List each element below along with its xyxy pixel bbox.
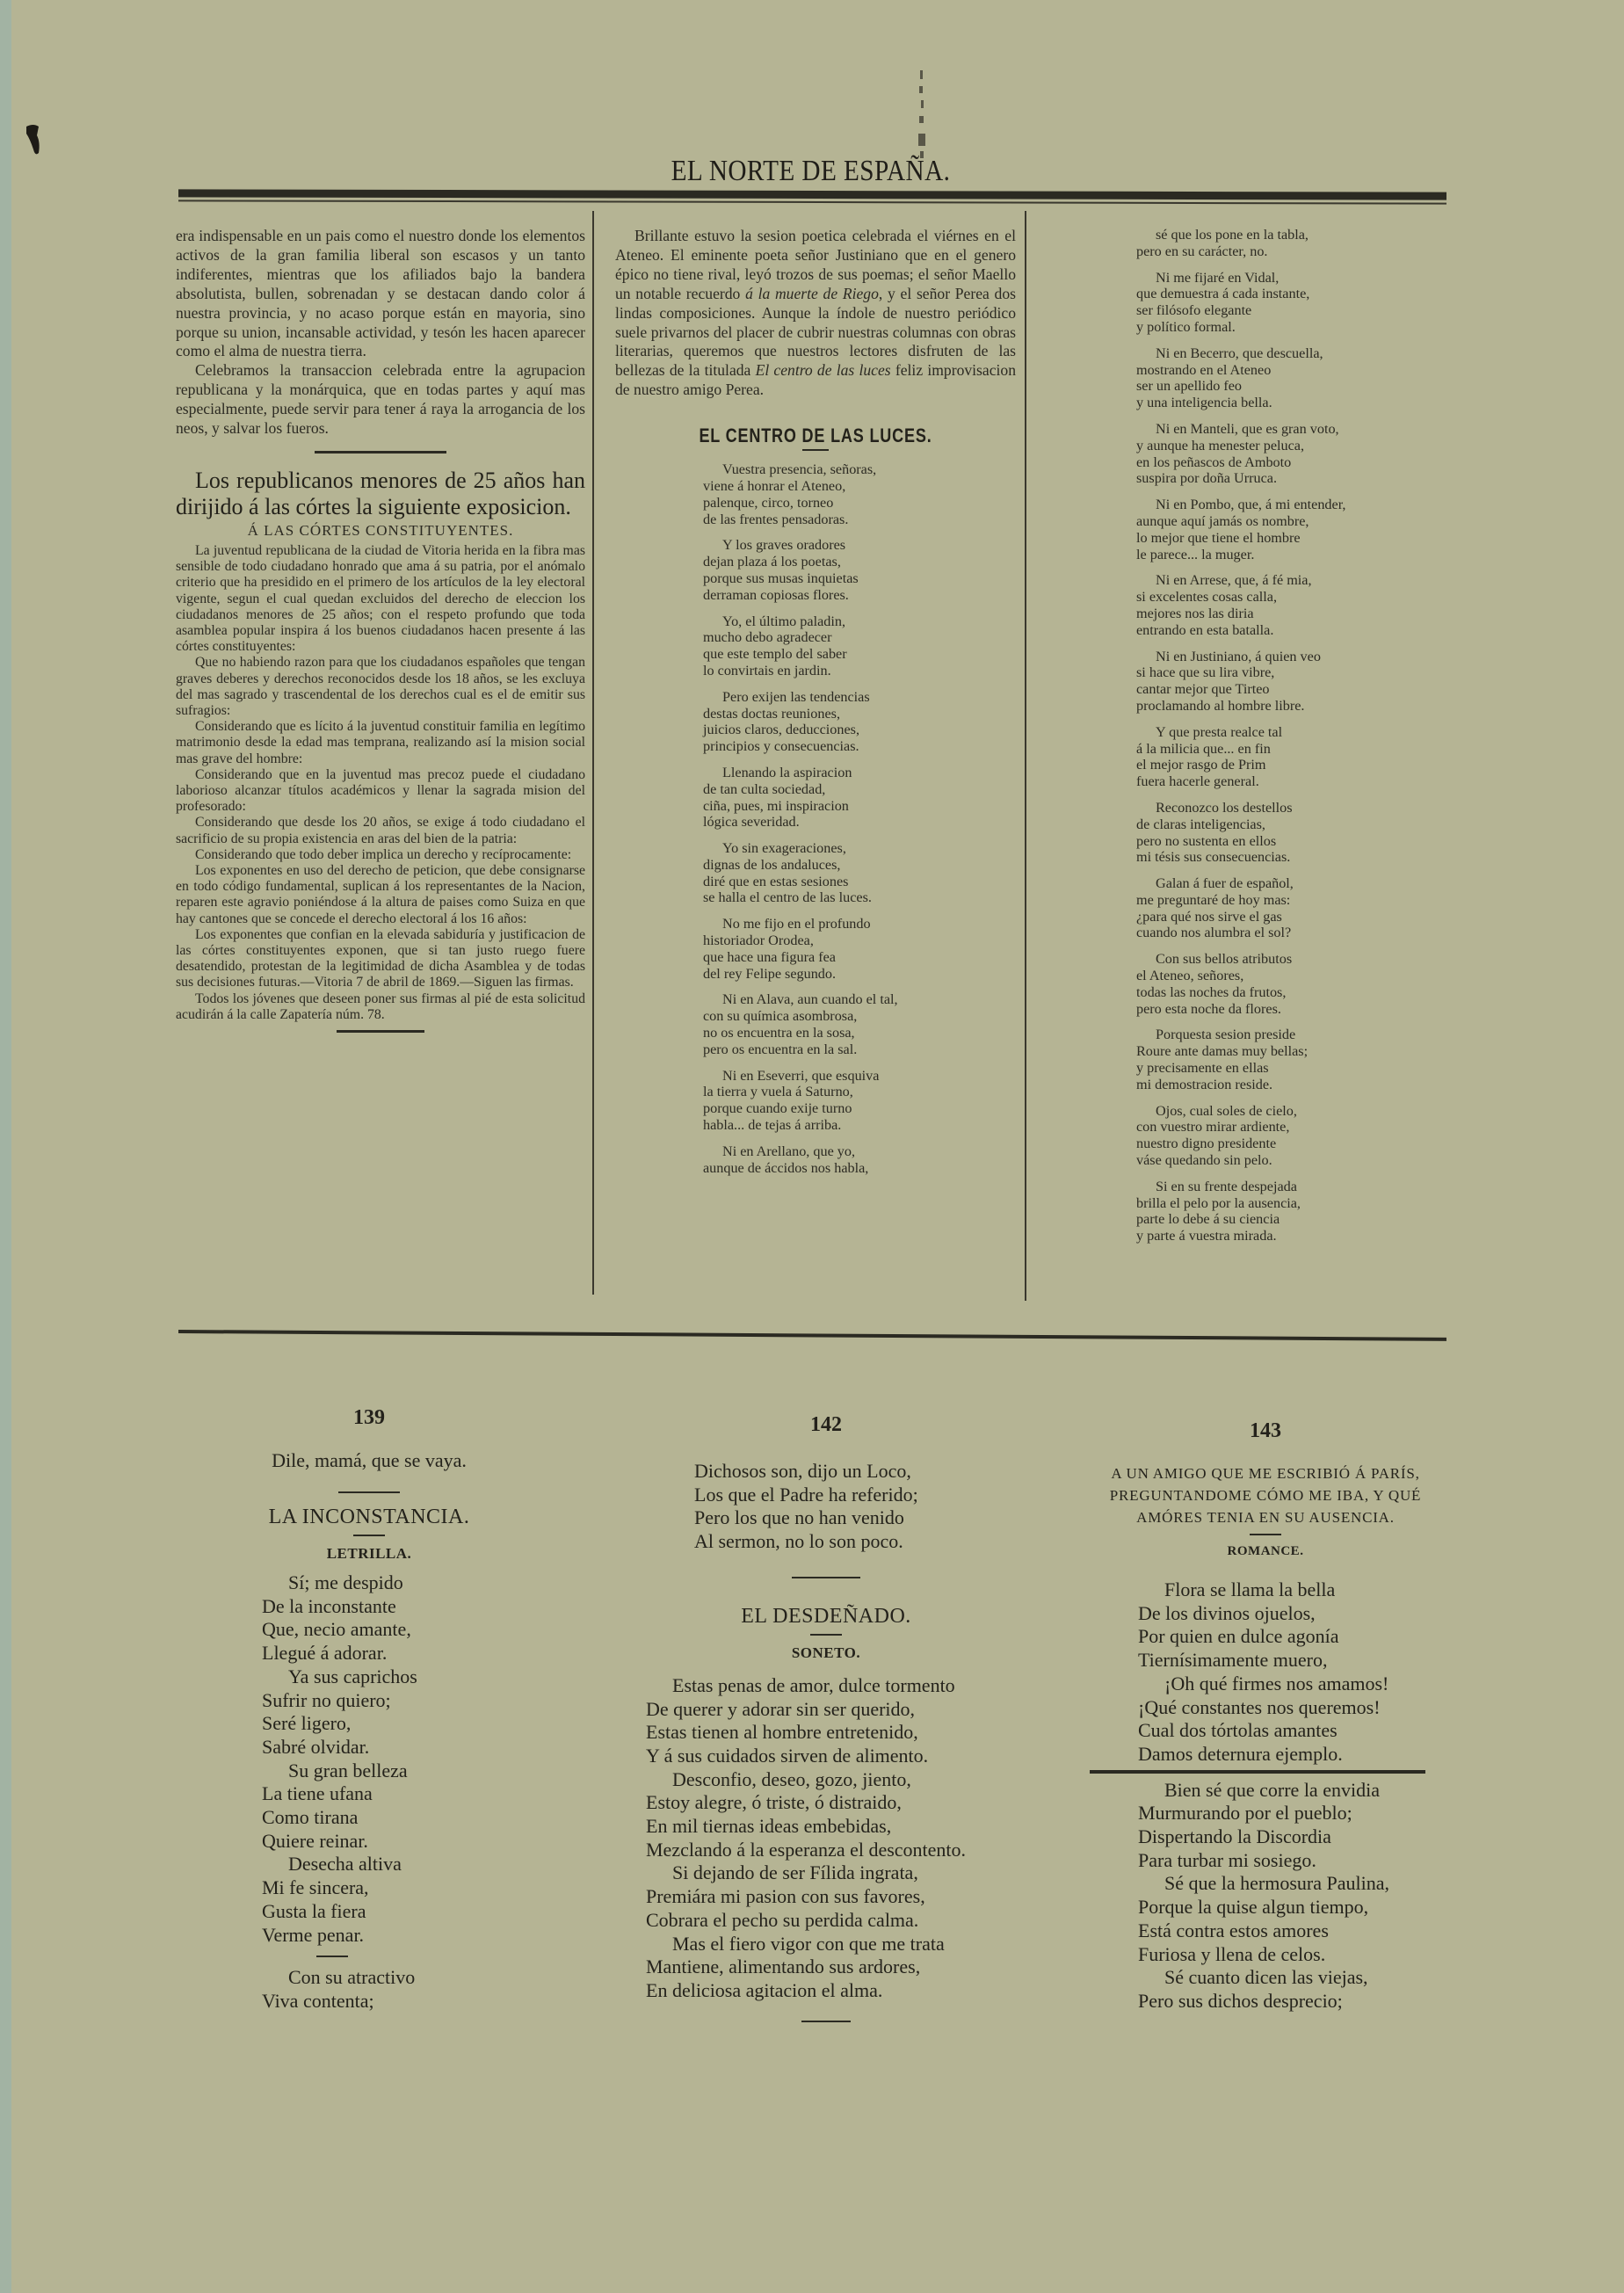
verse-line: Cual dos tórtolas amantes	[1138, 1719, 1459, 1743]
verse-line: Pero los que no han venido	[694, 1506, 1006, 1530]
verse-line: destas doctas reuniones,	[703, 706, 1016, 722]
verse-line: y político formal.	[1136, 319, 1441, 336]
verse-line: ser un apellido feo	[1136, 378, 1441, 395]
column-1: era indispensable en un pais como el nue…	[176, 227, 585, 1033]
verse-line: Bien sé que corre la envidia	[1138, 1779, 1459, 1803]
masthead-rule-thin	[178, 200, 1446, 204]
verse-line: Reconozco los destellos	[1136, 800, 1441, 816]
verse-line: mostrando en el Ateneo	[1136, 362, 1441, 379]
title-dash	[1250, 1534, 1281, 1535]
verse-line: Dispertando la Discordia	[1138, 1825, 1459, 1849]
verse-line: A UN AMIGO QUE ME ESCRIBIÓ Á PARÍS,	[1072, 1462, 1459, 1484]
paragraph: Los exponentes en uso del derecho de pet…	[176, 863, 585, 927]
verse-line: la tierra y vuela á Saturno,	[703, 1084, 1016, 1100]
verse-line: ser filósofo elegante	[1136, 302, 1441, 319]
verse-line: En mil tiernas ideas embebidas,	[646, 1815, 1006, 1839]
verse-line: De los divinos ojuelos,	[1138, 1602, 1459, 1626]
verse-line: La tiene ufana	[262, 1782, 501, 1806]
verse-line: se halla el centro de las luces.	[703, 889, 1016, 906]
verse-line: suspira por doña Urruca.	[1136, 470, 1441, 487]
page-bottom-rule	[178, 1330, 1446, 1341]
stanza: Porquesta sesion presideRoure ante damas…	[1136, 1027, 1441, 1092]
verse-line: Desconfio, deseo, gozo, jiento,	[646, 1768, 1006, 1792]
stanza: Pero exijen las tendenciasdestas doctas …	[703, 689, 1016, 755]
stanza: Ni en Alava, aun cuando el tal,con su qu…	[703, 991, 1016, 1057]
verse-line: Llegué á adorar.	[262, 1642, 501, 1665]
stanza: Galan á fuer de español,me preguntaré de…	[1136, 875, 1441, 941]
verse-line: pero esta noche da flores.	[1136, 1001, 1441, 1018]
end-rule	[337, 1030, 424, 1033]
binding-stamp-mark	[916, 69, 928, 165]
verse-line: Yo sin exageraciones,	[703, 840, 1016, 857]
section-divider	[315, 451, 446, 454]
verse-line: Con su atractivo	[262, 1966, 501, 1990]
verse-line: palenque, circo, torneo	[703, 495, 1016, 512]
scan-edge-strip	[0, 0, 11, 2293]
verse-line: ¡Oh qué firmes nos amamos!	[1138, 1673, 1459, 1696]
verse-line: Murmurando por el pueblo;	[1138, 1802, 1459, 1825]
verse-line: si hace que su lira vibre,	[1136, 664, 1441, 681]
stanza: No me fijo en el profundohistoriador Oro…	[703, 916, 1016, 982]
verse-line: de claras inteligencias,	[1136, 816, 1441, 833]
poem-body-continued: sé que los pone en la tabla,pero en su c…	[1090, 227, 1441, 1244]
verse-line: aunque de áccidos nos habla,	[703, 1160, 1016, 1177]
paragraph: Celebramos la transaccion celebrada entr…	[176, 361, 585, 439]
italic-title: El centro de las luces	[756, 361, 891, 379]
verse-line: Y los graves oradores	[703, 537, 1016, 554]
verse-line: Su gran belleza	[262, 1760, 501, 1783]
column-divider-1	[592, 211, 594, 1295]
verse-line: principios y consecuencias.	[703, 738, 1016, 755]
verse-line: y una inteligencia bella.	[1136, 395, 1441, 411]
romance-body-continued: Bien sé que corre la envidiaMurmurando p…	[1072, 1779, 1459, 2014]
paragraph: Considerando que en la juventud mas prec…	[176, 767, 585, 816]
verse-line: aunque aquí jamás os nombre,	[1136, 513, 1441, 530]
stanza: sé que los pone en la tabla,pero en su c…	[1136, 227, 1441, 260]
verse-line: Que, necio amante,	[262, 1618, 501, 1642]
scan-rule	[1090, 1770, 1425, 1774]
verse-line: brilla el pelo por la ausencia,	[1136, 1195, 1441, 1212]
stanza: Si en su frente despejadabrilla el pelo …	[1136, 1179, 1441, 1244]
poem-kind: SONETO.	[646, 1644, 1006, 1662]
verse-line: Ojos, cual soles de cielo,	[1136, 1103, 1441, 1120]
masthead-rule-thick	[178, 189, 1446, 200]
closing-line: Dile, mamá, que se vaya.	[237, 1449, 501, 1472]
article-continuation: era indispensable en un pais como el nue…	[176, 227, 585, 439]
headline: Los republicanos menores de 25 años han …	[176, 468, 585, 520]
paragraph: era indispensable en un pais como el nue…	[176, 227, 585, 361]
paragraph: Los exponentes que confian en la elevada…	[176, 927, 585, 991]
verse-line: Si dejando de ser Fílida ingrata,	[646, 1861, 1006, 1885]
verse-line: cantar mejor que Tirteo	[1136, 681, 1441, 698]
verse-line: Ya sus caprichos	[262, 1665, 501, 1689]
column-divider-2	[1025, 211, 1026, 1301]
verse-line: Seré ligero,	[262, 1712, 501, 1736]
verse-line: mejores nos las diria	[1136, 606, 1441, 622]
verse-line: Como tirana	[262, 1806, 501, 1830]
verse-line: Ni en Arellano, que yo,	[703, 1143, 1016, 1160]
verse-line: Por quien en dulce agonía	[1138, 1625, 1459, 1649]
verse-line: con vuestro mirar ardiente,	[1136, 1119, 1441, 1136]
verse-line: Y que presta realce tal	[1136, 724, 1441, 741]
verse-line: Sufrir no quiero;	[262, 1689, 501, 1713]
verse-line: Mezclando á la esperanza el descontento.	[646, 1839, 1006, 1862]
verse-line: No me fijo en el profundo	[703, 916, 1016, 932]
verse-line: Con sus bellos atributos	[1136, 951, 1441, 968]
verse-line: del rey Felipe segundo.	[703, 966, 1016, 983]
title-dash	[810, 1634, 842, 1636]
column-3: sé que los pone en la tabla,pero en su c…	[1090, 227, 1441, 1254]
verse-line: Flora se llama la bella	[1138, 1578, 1459, 1602]
verse-line: Premiára mi pasion con sus favores,	[646, 1885, 1006, 1909]
verse-line: dejan plaza á los poetas,	[703, 554, 1016, 570]
stanza: Ni en Arrese, que, á fé mia,si excelente…	[1136, 572, 1441, 638]
verse-line: todas las noches da frutos,	[1136, 984, 1441, 1001]
verse-line: habla... de tejas á arriba.	[703, 1117, 1016, 1134]
stanza: Yo, el último paladin,mucho debo agradec…	[703, 613, 1016, 679]
verse-line: Mantiene, alimentando sus ardores,	[646, 1956, 1006, 1979]
epigram: Dichosos son, dijo un Loco,Los que el Pa…	[646, 1460, 1006, 1554]
verse-line: Sí; me despido	[262, 1571, 501, 1595]
verse-line: proclamando al hombre libre.	[1136, 698, 1441, 715]
verse-line: Ni en Alava, aun cuando el tal,	[703, 991, 1016, 1008]
verse-line: le parece... la muger.	[1136, 547, 1441, 563]
paragraph: La juventud republicana de la ciudad de …	[176, 543, 585, 655]
verse-line: y parte á vuestra mirada.	[1136, 1228, 1441, 1244]
verse-line: pero no sustenta en ellos	[1136, 833, 1441, 850]
verse-line: Cobrara el pecho su perdida calma.	[646, 1909, 1006, 1933]
verse-line: entrando en esta batalla.	[1136, 622, 1441, 639]
romance-body: Flora se llama la bellaDe los divinos oj…	[1072, 1578, 1459, 1767]
verse-line: Desecha altiva	[262, 1853, 501, 1876]
verse-line: sé que los pone en la tabla,	[1136, 227, 1441, 243]
stanza-dash	[316, 1956, 348, 1957]
stanza: Yo sin exageraciones,dignas de los andal…	[703, 840, 1016, 906]
stanza: Vuestra presencia, señoras,viene á honra…	[703, 461, 1016, 527]
verse-line: Verme penar.	[262, 1924, 501, 1948]
poem-kind: ROMANCE.	[1072, 1544, 1459, 1559]
end-rule	[801, 2021, 851, 2022]
verse-line: Furiosa y llena de celos.	[1138, 1943, 1459, 1967]
verse-line: mi demostracion reside.	[1136, 1077, 1441, 1093]
paragraph: Considerando que desde los 20 años, se e…	[176, 815, 585, 846]
verse-line: el mejor rasgo de Prim	[1136, 757, 1441, 773]
petition-addressee: Á LAS CÓRTES CONSTITUYENTES.	[176, 522, 585, 540]
verse-line: De querer y adorar sin ser querido,	[646, 1698, 1006, 1722]
verse-line: Gusta la fiera	[262, 1900, 501, 1924]
verse-line: PREGUNTANDOME CÓMO ME IBA, Y QUÉ	[1072, 1484, 1459, 1506]
verse-line: Ni en Eseverri, que esquiva	[703, 1068, 1016, 1085]
verse-line: en los peñascos de Amboto	[1136, 454, 1441, 471]
ink-blot-mark	[25, 123, 44, 158]
verse-line: En deliciosa agitacion el alma.	[646, 1979, 1006, 2003]
stanza: Ni en Arellano, que yo,aunque de áccidos…	[703, 1143, 1016, 1177]
verse-line: Pero sus dichos desprecio;	[1138, 1990, 1459, 2014]
verse-line: Porquesta sesion preside	[1136, 1027, 1441, 1043]
verse-line: nuestro digno presidente	[1136, 1136, 1441, 1152]
verse-line: juicios claros, deducciones,	[703, 722, 1016, 738]
verse-line: á la milicia que... en fin	[1136, 741, 1441, 758]
verse-line: y aunque ha menester peluca,	[1136, 438, 1441, 454]
verse-line: cuando nos alumbra el sol?	[1136, 925, 1441, 941]
verse-line: Pero exijen las tendencias	[703, 689, 1016, 706]
verse-line: Para turbar mi sosiego.	[1138, 1849, 1459, 1873]
verse-line: pero os encuentra en la sal.	[703, 1041, 1016, 1058]
stanza: Ni en Eseverri, que esquivala tierra y v…	[703, 1068, 1016, 1134]
verse-line: si excelentes cosas calla,	[1136, 589, 1441, 606]
stanza: Ni en Becerro, que descuella,mostrando e…	[1136, 345, 1441, 411]
verse-line: fuera hacerle general.	[1136, 773, 1441, 790]
verse-line: Al sermon, no lo son poco.	[694, 1530, 1006, 1554]
petition-body: La juventud republicana de la ciudad de …	[176, 543, 585, 1023]
book-page-139: 139 Dile, mamá, que se vaya. LA INCONSTA…	[237, 1406, 501, 2014]
stanza: Ni en Justiniano, á quien veosi hace que…	[1136, 649, 1441, 715]
stanza: Ni en Manteli, que es gran voto,y aunque…	[1136, 421, 1441, 487]
verse-line: Roure ante damas muy bellas;	[1136, 1043, 1441, 1060]
poem-title: A UN AMIGO QUE ME ESCRIBIÓ Á PARÍS,PREGU…	[1072, 1462, 1459, 1528]
verse-line: Llenando la aspiracion	[703, 765, 1016, 781]
verse-line: Porque la quise algun tiempo,	[1138, 1896, 1459, 1919]
verse-line: De la inconstante	[262, 1595, 501, 1619]
paragraph: Todos los jóvenes que deseen poner sus f…	[176, 991, 585, 1023]
paragraph: Que no habiendo razon para que los ciuda…	[176, 655, 585, 719]
paragraph: Brillante estuvo la sesion poetica celeb…	[615, 227, 1016, 400]
verse-line: el Ateneo, señores,	[1136, 968, 1441, 984]
paragraph: Considerando que todo deber implica un d…	[176, 847, 585, 863]
verse-line: no os encuentra en la sosa,	[703, 1025, 1016, 1041]
poem-body-continued: Con su atractivoViva contenta;	[237, 1966, 501, 2013]
ateneo-intro: Brillante estuvo la sesion poetica celeb…	[615, 227, 1016, 400]
verse-line: Estas penas de amor, dulce tormento	[646, 1674, 1006, 1698]
verse-line: lo mejor que tiene el hombre	[1136, 530, 1441, 547]
verse-line: pero en su carácter, no.	[1136, 243, 1441, 260]
verse-line: ¡Qué constantes nos queremos!	[1138, 1696, 1459, 1720]
verse-line: Damos deternura ejemplo.	[1138, 1743, 1459, 1767]
verse-line: viene á honrar el Ateneo,	[703, 478, 1016, 495]
page-number: 143	[1072, 1419, 1459, 1443]
book-page-142: 142 Dichosos son, dijo un Loco,Los que e…	[646, 1413, 1006, 2022]
verse-line: que hace una figura fea	[703, 949, 1016, 966]
page-number: 139	[237, 1406, 501, 1430]
verse-line: Quiere reinar.	[262, 1830, 501, 1854]
verse-line: Dichosos son, dijo un Loco,	[694, 1460, 1006, 1484]
verse-line: que demuestra á cada instante,	[1136, 286, 1441, 302]
poem-body: Sí; me despidoDe la inconstanteQue, neci…	[237, 1571, 501, 1947]
stanza: Con sus bellos atributosel Ateneo, señor…	[1136, 951, 1441, 1017]
verse-line: con su química asombrosa,	[703, 1008, 1016, 1025]
verse-line: Los que el Padre ha referido;	[694, 1484, 1006, 1507]
paragraph: Considerando que es lícito á la juventud…	[176, 719, 585, 767]
poem-title: EL DESDEÑADO.	[646, 1605, 1006, 1629]
verse-line: Galan á fuer de español,	[1136, 875, 1441, 892]
verse-line: me preguntaré de hoy mas:	[1136, 892, 1441, 909]
poem-kind: LETRILLA.	[237, 1545, 501, 1563]
verse-line: porque cuando exije turno	[703, 1100, 1016, 1117]
verse-line: Estoy alegre, ó triste, ó distraido,	[646, 1791, 1006, 1815]
verse-line: historiador Orodea,	[703, 932, 1016, 949]
verse-line: Vuestra presencia, señoras,	[703, 461, 1016, 478]
verse-line: Ni en Manteli, que es gran voto,	[1136, 421, 1441, 438]
verse-line: porque sus musas inquietas	[703, 570, 1016, 587]
verse-line: Ni en Arrese, que, á fé mia,	[1136, 572, 1441, 589]
divider	[792, 1577, 860, 1578]
verse-line: AMÓRES TENIA EN SU AUSENCIA.	[1072, 1506, 1459, 1528]
verse-line: de las frentes pensadoras.	[703, 512, 1016, 528]
stanza: Ni en Pombo, que, á mi entender,aunque a…	[1136, 497, 1441, 562]
verse-line: Yo, el último paladin,	[703, 613, 1016, 630]
newspaper-page: EL NORTE DE ESPAÑA. era indispensable en…	[0, 0, 1624, 2293]
poem-title: LA INCONSTANCIA.	[237, 1506, 501, 1529]
stanza: Y los graves oradoresdejan plaza á los p…	[703, 537, 1016, 603]
verse-line: y precisamente en ellas	[1136, 1060, 1441, 1077]
verse-line: Sé que la hermosura Paulina,	[1138, 1872, 1459, 1896]
verse-line: Tiernísimamente muero,	[1138, 1649, 1459, 1673]
stanza: Reconozco los destellosde claras intelig…	[1136, 800, 1441, 866]
verse-line: Mas el fiero vigor con que me trata	[646, 1933, 1006, 1956]
verse-line: mucho debo agradecer	[703, 629, 1016, 646]
verse-line: Ni en Becerro, que descuella,	[1136, 345, 1441, 362]
verse-line: que este templo del saber	[703, 646, 1016, 663]
verse-line: Ni me fijaré en Vidal,	[1136, 270, 1441, 287]
verse-line: Sabré olvidar.	[262, 1736, 501, 1760]
verse-line: Ni en Pombo, que, á mi entender,	[1136, 497, 1441, 513]
verse-line: de tan culta sociedad,	[703, 781, 1016, 798]
verse-line: Y á sus cuidados sirven de alimento.	[646, 1745, 1006, 1768]
verse-line: Si en su frente despejada	[1136, 1179, 1441, 1195]
verse-line: derraman copiosas flores.	[703, 587, 1016, 604]
stanza: Llenando la aspiracionde tan culta socie…	[703, 765, 1016, 831]
verse-line: lo convirtais en jardin.	[703, 663, 1016, 679]
verse-line: ciña, pues, mi inspiracion	[703, 798, 1016, 815]
poem-body: Vuestra presencia, señoras,viene á honra…	[615, 461, 1016, 1176]
column-2: Brillante estuvo la sesion poetica celeb…	[615, 227, 1016, 1186]
verse-line: lógica severidad.	[703, 814, 1016, 831]
verse-line: dignas de los andaluces,	[703, 857, 1016, 874]
verse-line: Viva contenta;	[262, 1990, 501, 2014]
book-page-143: 143 A UN AMIGO QUE ME ESCRIBIÓ Á PARÍS,P…	[1072, 1419, 1459, 2014]
title-dash	[353, 1535, 385, 1536]
title-dash	[802, 449, 829, 451]
masthead-title: EL NORTE DE ESPAÑA.	[265, 155, 1357, 188]
verse-line: ¿para qué nos sirve el gas	[1136, 909, 1441, 925]
stanza: Y que presta realce talá la milicia que.…	[1136, 724, 1441, 790]
poem-title: EL CENTRO DE LAS LUCES.	[651, 424, 980, 447]
page-number: 142	[646, 1413, 1006, 1437]
verse-line: váse quedando sin pelo.	[1136, 1152, 1441, 1169]
verse-line: Sé cuanto dicen las viejas,	[1138, 1966, 1459, 1990]
verse-line: parte lo debe á su ciencia	[1136, 1211, 1441, 1228]
stanza: Ojos, cual soles de cielo,con vuestro mi…	[1136, 1103, 1441, 1169]
stanza: Ni me fijaré en Vidal,que demuestra á ca…	[1136, 270, 1441, 336]
divider	[338, 1491, 400, 1493]
verse-line: Estas tienen al hombre entretenido,	[646, 1721, 1006, 1745]
verse-line: Ni en Justiniano, á quien veo	[1136, 649, 1441, 665]
sonnet-body: Estas penas de amor, dulce tormentoDe qu…	[646, 1674, 1006, 2003]
verse-line: diré que en estas sesiones	[703, 874, 1016, 890]
italic-title: á la muerte de Riego	[745, 285, 879, 302]
verse-line: Mi fe sincera,	[262, 1876, 501, 1900]
verse-line: mi tésis sus consecuencias.	[1136, 849, 1441, 866]
verse-line: Está contra estos amores	[1138, 1919, 1459, 1943]
